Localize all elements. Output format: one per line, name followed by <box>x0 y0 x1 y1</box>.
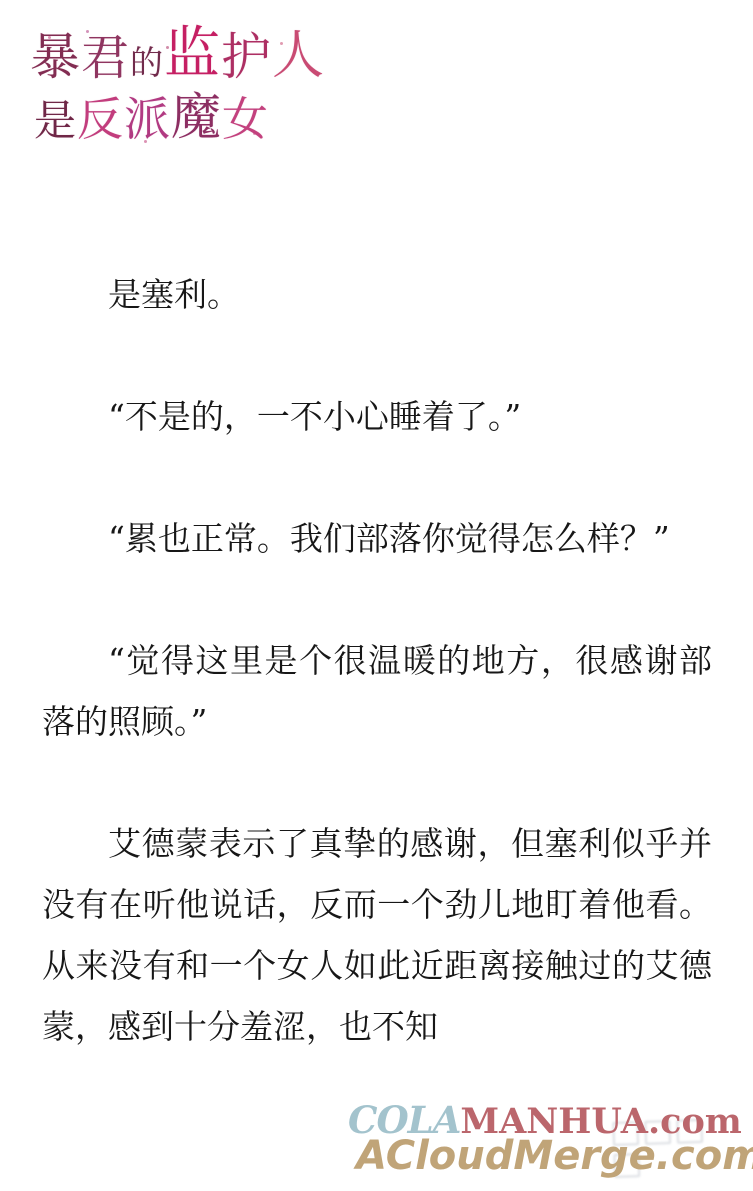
logo-sparkle-dots <box>48 36 51 39</box>
paragraph: “觉得这里是个很温暖的地方，很感谢部落的照顾。” <box>42 630 712 752</box>
series-logo: 暴 君 的 监 护 人 是 反 派 魔 女 <box>30 18 325 142</box>
logo-char: 人 <box>272 30 325 82</box>
logo-char: 护 <box>221 32 272 82</box>
novel-page: 暴 君 的 监 护 人 是 反 派 魔 女 是塞利。 “不是的，一不小心睡着了。… <box>0 0 753 1191</box>
logo-char: 君 <box>81 34 130 82</box>
logo-char: 是 <box>34 100 77 142</box>
logo-char: 反 <box>77 96 124 142</box>
logo-title-line1: 暴 君 的 监 护 人 <box>30 18 325 82</box>
paragraph: 是塞利。 <box>42 264 712 325</box>
logo-char: 女 <box>222 96 269 142</box>
novel-text-body: 是塞利。 “不是的，一不小心睡着了。” “累也正常。我们部落你觉得怎么样？” “… <box>42 264 712 1057</box>
paragraph: 艾德蒙表示了真挚的感谢，但塞利似乎并没有在听他说话，反而一个劲儿地盯着他看。从来… <box>42 813 712 1057</box>
watermark-zone: COLAMANHUA.com ACloudMerge.com <box>0 1090 753 1191</box>
logo-char: 派 <box>124 96 171 142</box>
logo-char: 的 <box>130 46 164 82</box>
logo-char: 暴 <box>30 32 81 82</box>
paragraph: “累也正常。我们部落你觉得怎么样？” <box>42 508 712 569</box>
paragraph: “不是的，一不小心睡着了。” <box>42 386 712 447</box>
logo-char: 监 <box>164 26 221 82</box>
logo-char: 魔 <box>171 92 222 142</box>
acloudmerge-watermark: ACloudMerge.com <box>356 1136 753 1176</box>
logo-title-line2: 是 反 派 魔 女 <box>34 84 325 142</box>
